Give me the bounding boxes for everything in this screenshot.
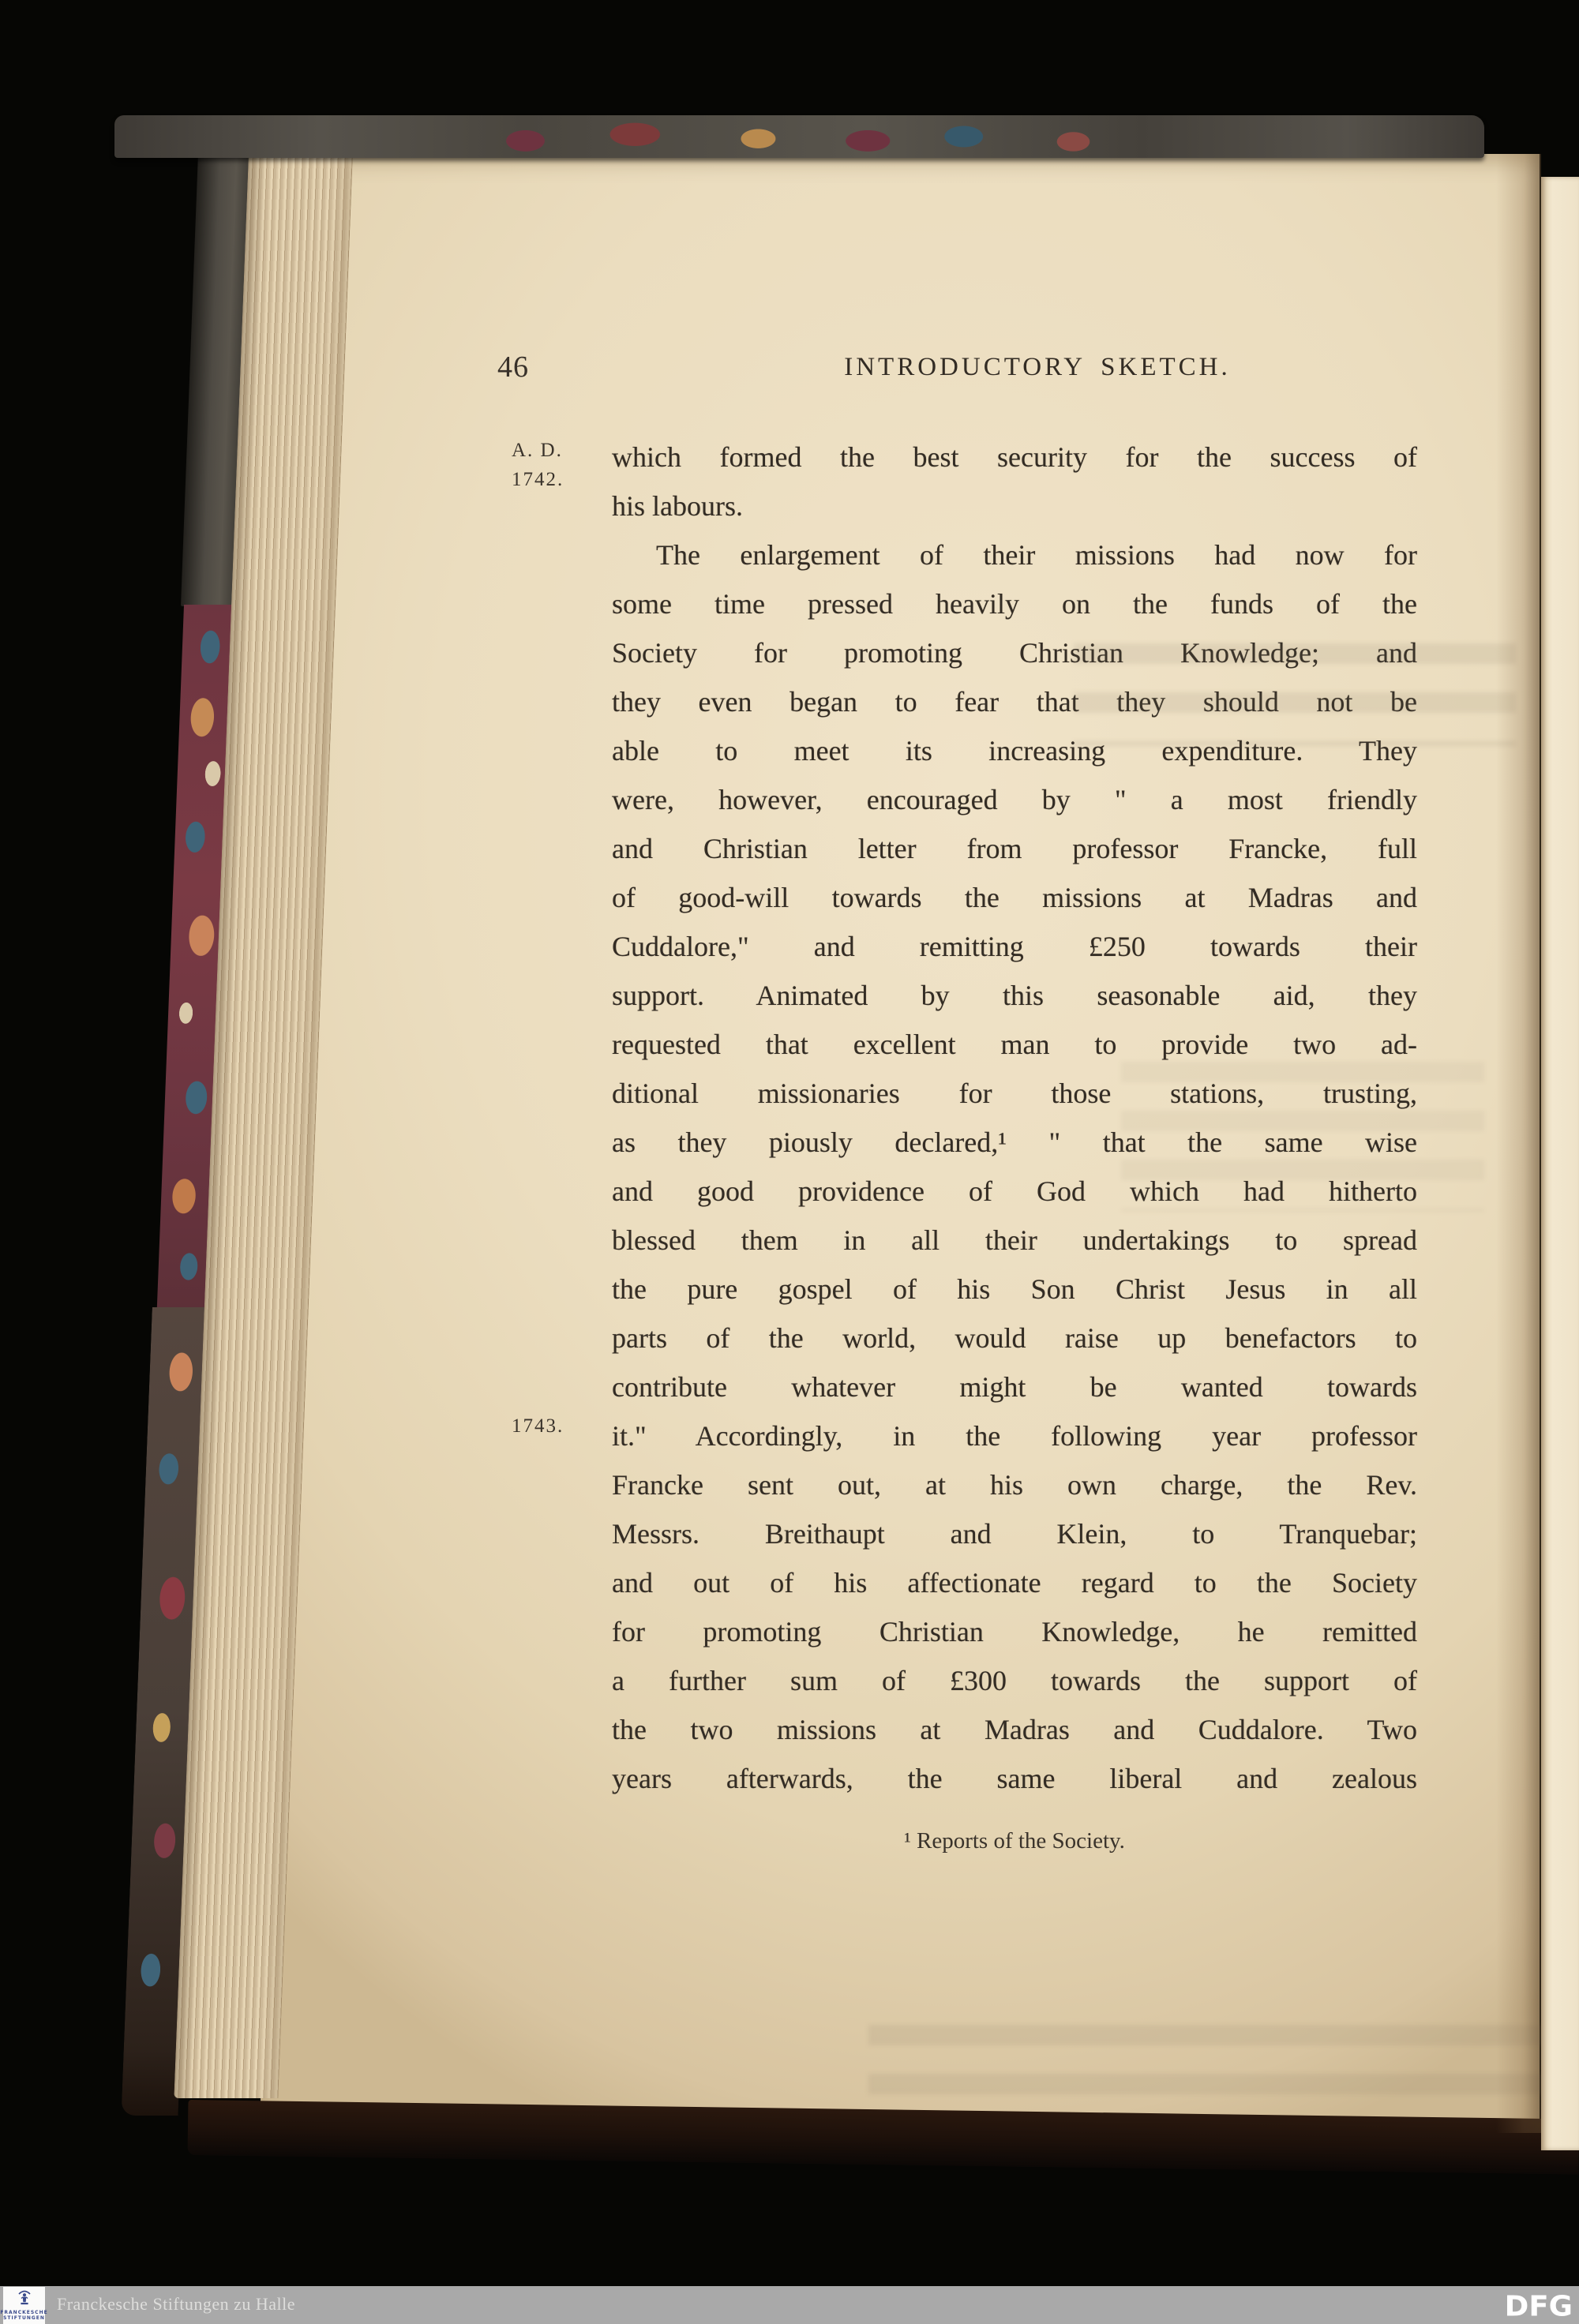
text-line: blessed them in all their undertakings t… (612, 1216, 1417, 1265)
text-line: years afterwards, the same liberal and z… (612, 1754, 1417, 1803)
logo-caption-line1: FRANCKESCHE (0, 2310, 47, 2315)
text-line: support. Animated by this seasonable aid… (612, 971, 1417, 1020)
margin-year-1742: 1742. (512, 465, 605, 494)
text-line: as they piously declared,¹ " that the sa… (612, 1118, 1417, 1167)
institution-name: Franckesche Stiftungen zu Halle (57, 2294, 295, 2315)
text-line: The enlargement of their missions had no… (612, 530, 1417, 579)
text-line: requested that excellent man to provide … (612, 1020, 1417, 1069)
digitization-footer: FRANCKESCHE STIFTUNGEN Franckesche Stift… (0, 2286, 1579, 2324)
margin-era-label: A. D. (512, 436, 605, 465)
scan-background: 46 INTRODUCTORY SKETCH. A. D. 1742. 1743… (0, 0, 1579, 2324)
text-line: his labours. (612, 482, 1417, 530)
text-line: which formed the best security for the s… (612, 433, 1417, 482)
text-line: the pure gospel of his Son Christ Jesus … (612, 1265, 1417, 1314)
page-gutter-shadow (1496, 154, 1541, 2133)
dfg-logo: DFG (1505, 2290, 1573, 2322)
margin-year-1743: 1743. (512, 1415, 564, 1438)
text-line: ditional missionaries for those stations… (612, 1069, 1417, 1118)
text-line: were, however, encouraged by " a most fr… (612, 775, 1417, 824)
text-line: contribute whatever might be wanted towa… (612, 1363, 1417, 1411)
text-line: for promoting Christian Knowledge, he re… (612, 1607, 1417, 1656)
text-line: the two missions at Madras and Cuddalore… (612, 1705, 1417, 1754)
text-line: some time pressed heavily on the funds o… (612, 579, 1417, 628)
text-line: able to meet its increasing expenditure.… (612, 726, 1417, 775)
text-line: Society for promoting Christian Knowledg… (612, 628, 1417, 677)
text-line: and Christian letter from professor Fran… (612, 824, 1417, 873)
book-top-edge (114, 115, 1484, 158)
margin-note-date: A. D. 1742. (512, 436, 605, 494)
franckesche-stiftungen-logo: FRANCKESCHE STIFTUNGEN (3, 2287, 45, 2324)
text-block: which formed the best security for the s… (612, 433, 1417, 1803)
footnote: ¹ Reports of the Society. (612, 1828, 1417, 1854)
text-line: of good-will towards the missions at Mad… (612, 873, 1417, 922)
text-line: and out of his affectionate regard to th… (612, 1558, 1417, 1607)
running-header: INTRODUCTORY SKETCH. (612, 353, 1417, 382)
text-line: Francke sent out, at his own charge, the… (612, 1460, 1417, 1509)
text-line: Cuddalore," and remitting £250 towards t… (612, 922, 1417, 971)
text-line: they even began to fear that they should… (612, 677, 1417, 726)
text-line: and good providence of God which had hit… (612, 1167, 1417, 1216)
text-line: it." Accordingly, in the following year … (612, 1411, 1417, 1460)
show-through-smudge (868, 2025, 1579, 2120)
text-line: a further sum of £300 towards the suppor… (612, 1656, 1417, 1705)
statue-under-canopy-icon (17, 2288, 32, 2310)
book-page: 46 INTRODUCTORY SKETCH. A. D. 1742. 1743… (261, 154, 1540, 2133)
text-line: parts of the world, would raise up benef… (612, 1314, 1417, 1363)
logo-caption-line2: STIFTUNGEN (3, 2315, 45, 2321)
text-line: Messrs. Breithaupt and Klein, to Tranque… (612, 1509, 1417, 1558)
book-photo: 46 INTRODUCTORY SKETCH. A. D. 1742. 1743… (0, 0, 1579, 2324)
page-number: 46 (497, 350, 529, 384)
adjacent-page-edge (1541, 177, 1579, 2150)
